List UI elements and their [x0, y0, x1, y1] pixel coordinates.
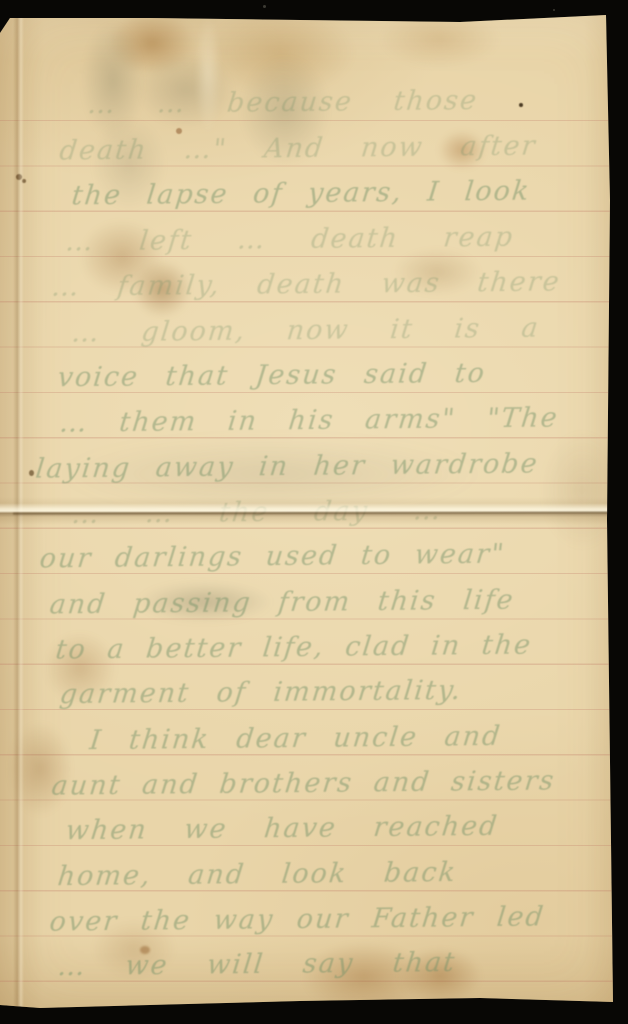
handwriting-line: … family, death was there: [50, 267, 562, 302]
handwriting-line: I think dear uncle and: [88, 722, 503, 756]
handwriting-line: when we have reached: [64, 812, 500, 847]
handwriting-line: … them in his arms" "The: [58, 403, 560, 438]
handwriting-line: … we will say that: [56, 948, 458, 982]
fold-crease: [0, 497, 628, 525]
dust-speck: [553, 9, 555, 11]
dust-speck: [263, 5, 266, 8]
handwriting-line: aunt and brothers and sisters: [50, 766, 557, 801]
handwriting-line: garment of immortality.: [58, 676, 464, 710]
handwriting-line: over the way our Father led: [48, 902, 547, 937]
handwriting-line: … gloom, now it is a: [70, 314, 541, 349]
handwriting-line: home, and look back: [56, 858, 459, 892]
photo-backdrop: … … because those death …" And now after…: [0, 0, 628, 1024]
handwriting-line: death …" And now after: [58, 132, 538, 167]
letter-page: … … because those death …" And now after…: [0, 0, 628, 1024]
handwriting-line: to a better life, clad in the: [54, 631, 534, 666]
handwriting-line: the lapse of years, I look: [70, 177, 532, 212]
handwriting-line: voice that Jesus said to: [56, 359, 488, 393]
handwriting-line: … left … death reap: [64, 223, 516, 258]
handwriting-line: laying away in her wardrobe: [34, 449, 540, 484]
handwriting-line: our darlings used to wear": [38, 540, 507, 575]
handwriting-line: … … because those: [86, 86, 480, 120]
handwriting-line: and passing from this life: [48, 586, 516, 621]
